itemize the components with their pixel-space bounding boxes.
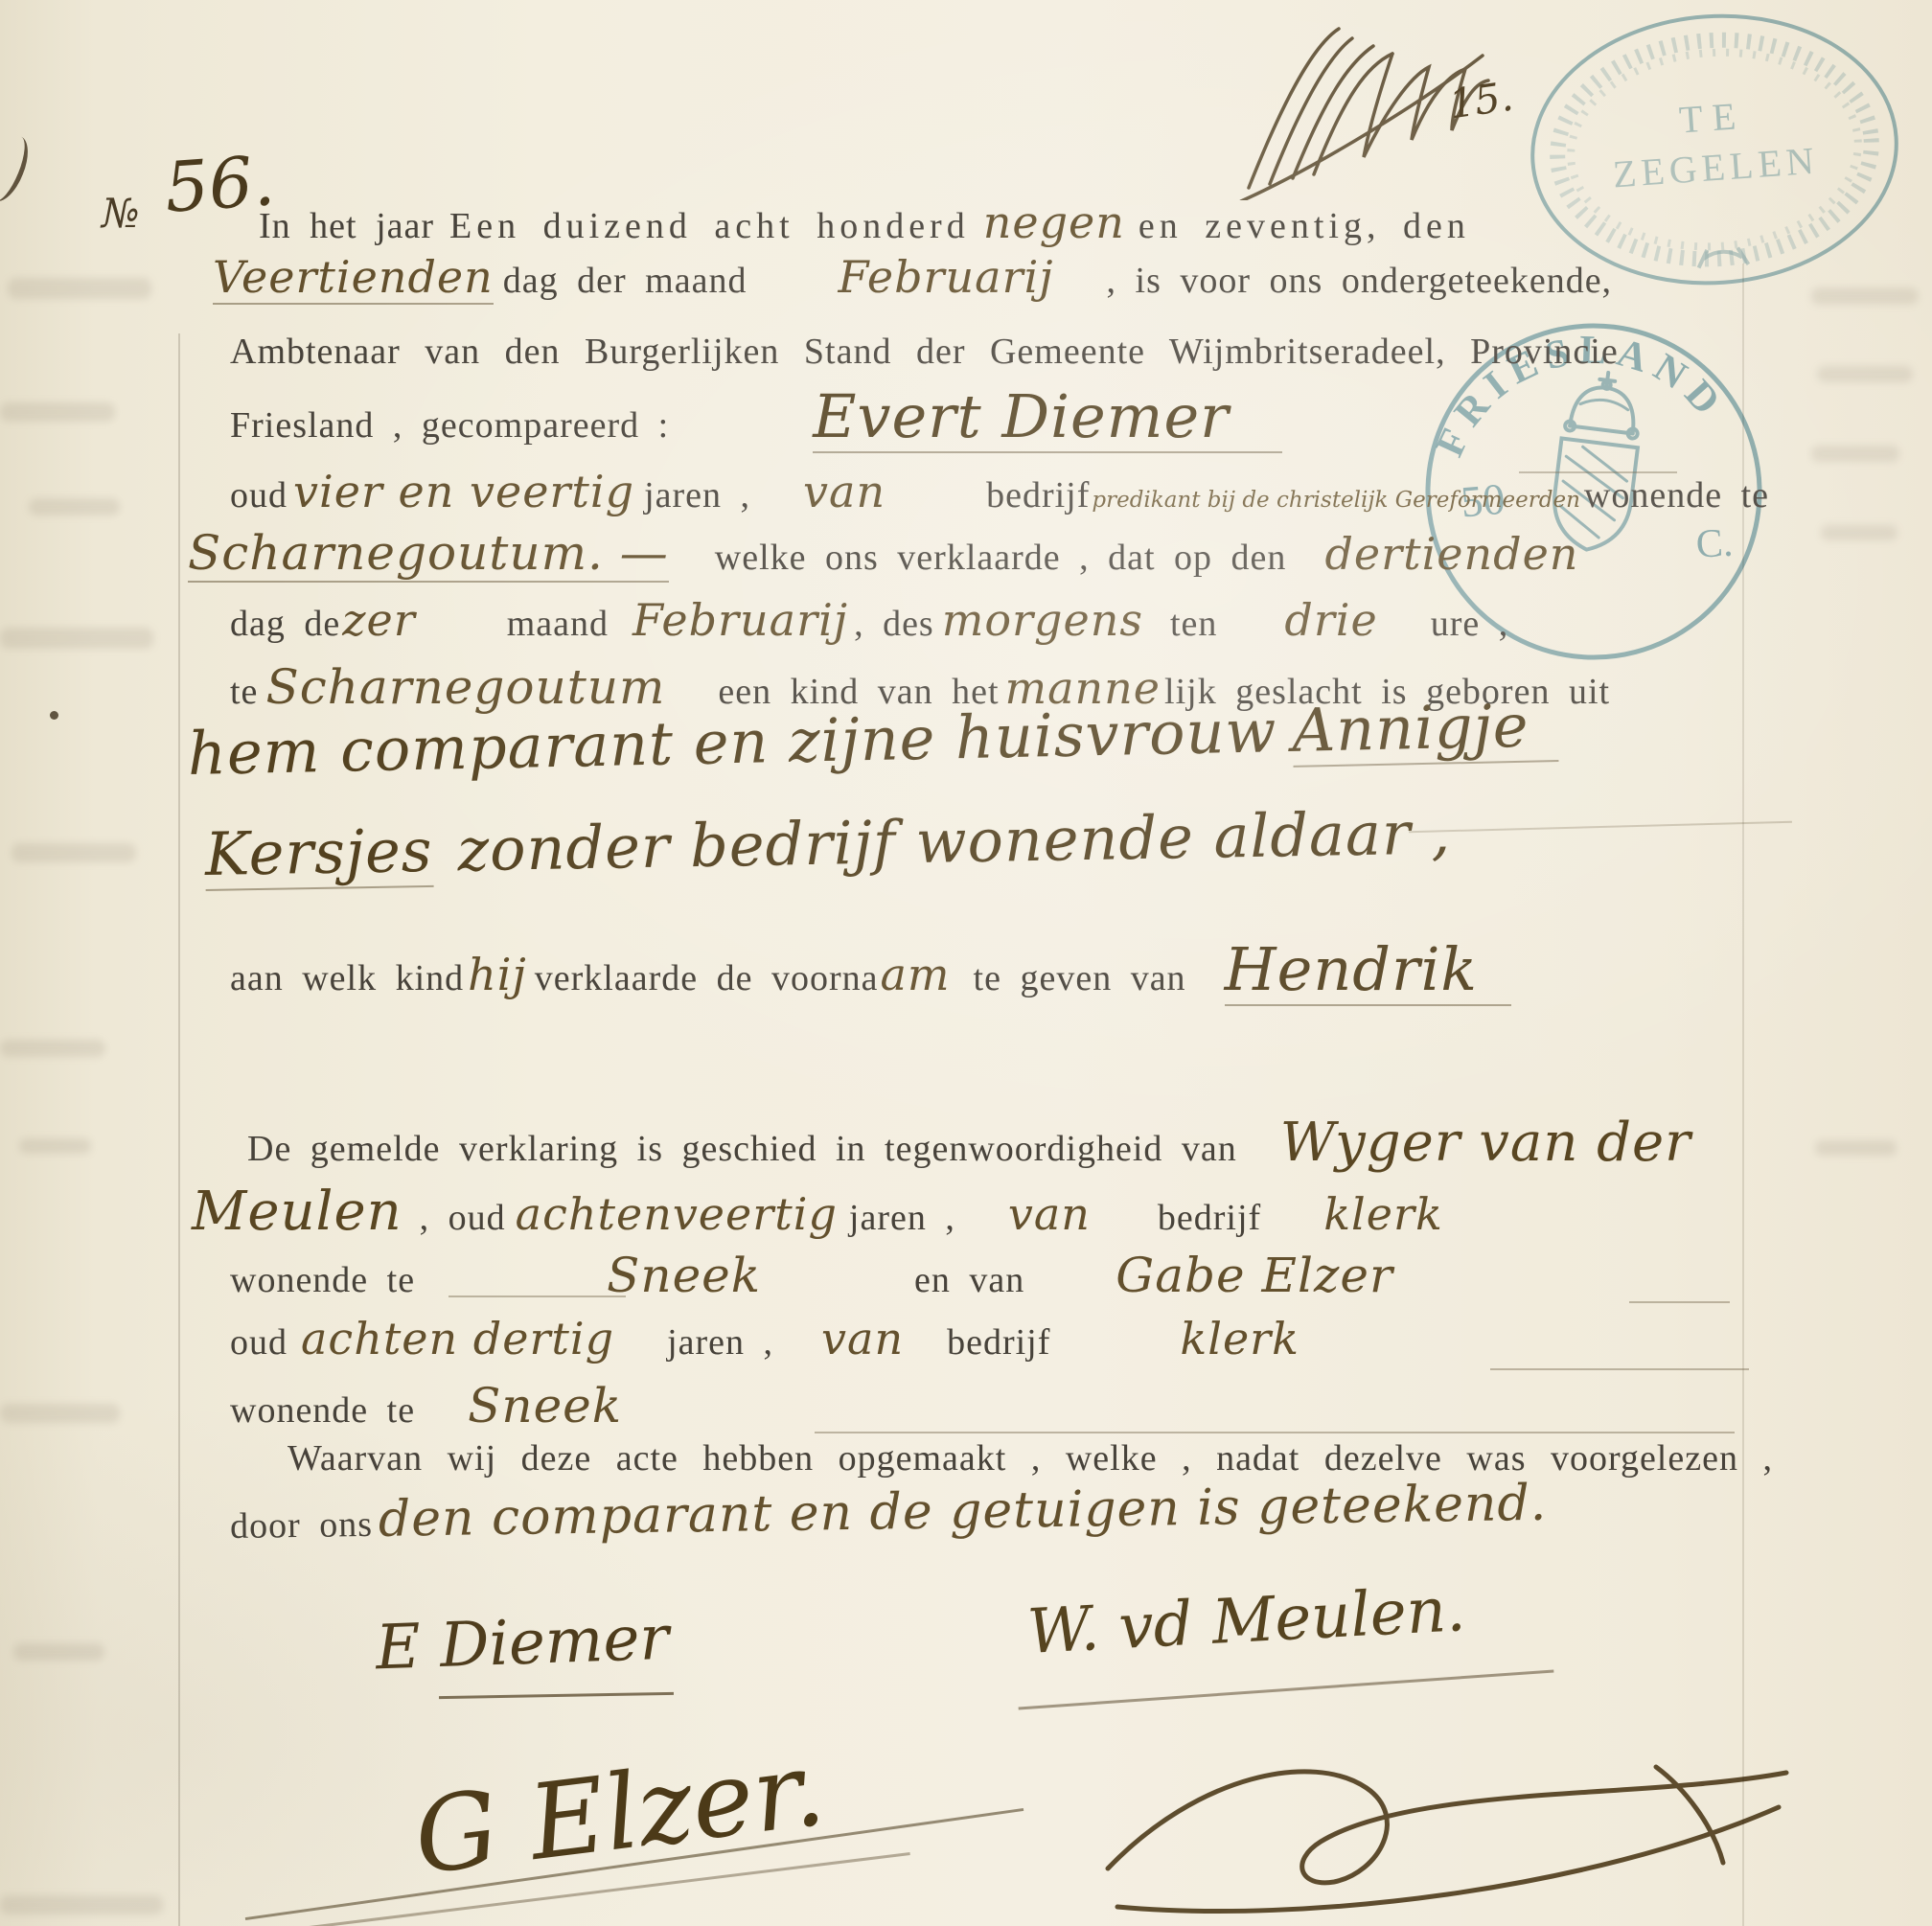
handwritten-text: hij [468, 949, 527, 1000]
bleedthrough-mark [11, 843, 136, 862]
printed-text: en van [914, 1259, 1024, 1301]
printed-text: jaren , [849, 1197, 955, 1239]
handwritten-text: van [803, 466, 885, 517]
act-line-closing-2: door ons den comparant en de getuigen is… [230, 1475, 1548, 1550]
registrar-signature-flourish [1092, 1746, 1802, 1923]
printed-text: bedrijf [1158, 1197, 1261, 1239]
printed-text: , des [854, 603, 934, 645]
printed-text: en zeventig, den [1138, 205, 1470, 247]
printed-text: door ons [230, 1503, 374, 1548]
handwritten-birth-day: dertienden [1324, 528, 1578, 580]
handwritten-month: Februarij [632, 594, 848, 646]
printed-text: De gemelde verklaring is geschied in teg… [247, 1128, 1237, 1170]
form-blank-line [1629, 1301, 1730, 1303]
printed-text: Een duizend acht honderd [449, 205, 970, 247]
cut-off-ink-mark [0, 130, 35, 206]
handwritten-child-name: Hendrik [1225, 934, 1511, 1006]
handwritten-closing: den comparant en de getuigen is geteeken… [379, 1475, 1548, 1548]
act-line-date: Veertienden dag der maand Februarij , is… [213, 251, 1612, 305]
form-blank-line [448, 1295, 626, 1297]
bleedthrough-mark [1811, 446, 1899, 462]
form-blank-line [1409, 821, 1792, 833]
handwritten-year-word: negen [983, 196, 1125, 248]
printed-text: , oud [420, 1197, 506, 1239]
handwritten-month: Februarij [838, 251, 1053, 303]
act-line-parents-2: Kersjes zonder bedrijf wonende aldaar , [204, 797, 1451, 891]
act-line-residence: Scharnegoutum. — welke ons verklaarde , … [188, 525, 1578, 583]
act-line-child-name: aan welk kind hij verklaarde de voorna a… [230, 934, 1511, 1006]
printed-text: te [230, 671, 258, 713]
printed-text: , is voor ons ondergeteekende, [1107, 260, 1613, 302]
act-line-birth-time: dag de zer maand Februarij , des morgens… [230, 594, 1508, 646]
bleedthrough-mark [0, 1404, 120, 1423]
bleedthrough-mark [0, 628, 153, 649]
oval-stamp-line2: ZEGELEN [1612, 139, 1821, 196]
bleedthrough-mark [0, 1040, 105, 1057]
printed-text: Ambtenaar van den Burgerlijken Stand der… [230, 331, 1619, 373]
bleedthrough-mark [1811, 287, 1919, 305]
printed-text: bedrijf [947, 1321, 1050, 1364]
printed-text: jaren , [644, 474, 750, 516]
act-line-witnesses-3: wonende te Sneek en van Gabe Elzer [230, 1248, 1393, 1303]
form-blank-line [1490, 1368, 1749, 1370]
printed-text: welke ons verklaarde , dat op den [715, 537, 1287, 579]
handwritten-text: van [1008, 1188, 1091, 1240]
printed-text: verklaarde de voorna [535, 957, 879, 999]
handwritten-witness2-occupation: klerk [1180, 1313, 1299, 1364]
handwritten-text: morgens [942, 594, 1143, 646]
handwritten-witness1-firstname: Wyger van der [1280, 1112, 1691, 1174]
bleedthrough-mark [0, 402, 115, 422]
handwritten-residence: Scharnegoutum. — [188, 525, 669, 583]
handwritten-witness1-occupation: klerk [1323, 1188, 1443, 1240]
bleedthrough-mark [8, 278, 151, 299]
act-line-witnesses-5: wonende te Sneek [230, 1378, 622, 1433]
printed-text: oud [230, 1321, 287, 1364]
margin-number: 15. [1446, 73, 1516, 128]
act-line-year: In het jaar Een duizend acht honderd neg… [259, 196, 1470, 248]
form-blank-line [815, 1432, 1735, 1433]
bleedthrough-mark [13, 1643, 104, 1661]
act-line-comparant: Friesland , gecompareerd : Evert Diemer [230, 381, 1282, 453]
handwritten-occupation: predikant bij de christelijk Gereformeer… [1092, 488, 1580, 513]
printed-text: aan welk kind [230, 957, 464, 999]
ink-dot [50, 711, 58, 720]
handwritten-text: am [880, 949, 950, 1000]
printed-text: In het jaar [259, 205, 434, 247]
handwritten-witness2-name: Gabe Elzer [1115, 1248, 1393, 1303]
bleedthrough-mark [0, 1895, 163, 1915]
handwritten-day: Veertienden [213, 251, 494, 305]
handwritten-mother-firstname: Annigje [1292, 690, 1559, 768]
bleedthrough-mark [19, 1138, 91, 1154]
handwritten-witness2-residence: Sneek [468, 1378, 622, 1433]
handwritten-text: van [821, 1313, 904, 1364]
printed-text: jaren , [667, 1321, 773, 1364]
bleedthrough-mark [1821, 525, 1897, 540]
act-line-witnesses-4: oud achten dertig jaren , van bedrijf kl… [230, 1313, 1299, 1364]
printed-text: ten [1170, 603, 1217, 645]
birth-certificate-page: № 56. 15. TE ZEGELEN FRIESLAND 50 C. [0, 0, 1932, 1926]
handwritten-witness1-age: achtenveertig [516, 1188, 838, 1240]
printed-text: wonende te [1584, 474, 1769, 516]
handwritten-hour: drie [1284, 594, 1377, 646]
printed-text: wonende te [230, 1389, 415, 1432]
printed-text: Waarvan wij deze acte hebben opgemaakt ,… [287, 1437, 1773, 1479]
oval-stamp-line1: TE [1678, 94, 1747, 142]
act-line-official: Ambtenaar van den Burgerlijken Stand der… [230, 331, 1619, 373]
act-number-label: № [102, 190, 140, 237]
signature-witness1: W. vd Meulen. [1025, 1574, 1467, 1668]
left-margin-rule [178, 333, 180, 1926]
printed-text: te geven van [974, 957, 1186, 999]
printed-text: wonende te [230, 1259, 415, 1301]
handwritten-birth-place: Scharnegoutum [265, 659, 665, 715]
printed-text: Friesland , gecompareerd : [230, 404, 669, 447]
signature-underline [1019, 1669, 1554, 1709]
bleedthrough-mark [1817, 366, 1913, 382]
handwritten-witness1-surname: Meulen [192, 1181, 402, 1243]
bleedthrough-mark [1815, 1140, 1897, 1156]
round-stamp-suffix: C. [1695, 521, 1735, 567]
printed-text: oud [230, 474, 287, 516]
printed-text: bedrijf [986, 474, 1090, 516]
handwritten-witness2-age: achten dertig [301, 1313, 614, 1364]
handwritten-mother-surname: Kersjes [204, 815, 433, 891]
handwritten-text: zer [342, 594, 415, 646]
act-line-witnesses-1: De gemelde verklaring is geschied in teg… [247, 1112, 1691, 1174]
printed-text: dag de [230, 603, 340, 645]
printed-text: dag der maand [503, 260, 747, 302]
handwritten-mother-details: zonder bedrijf wonende aldaar , [457, 797, 1452, 884]
handwritten-age: vier en veertig [293, 466, 634, 517]
act-line-closing-1: Waarvan wij deze acte hebben opgemaakt ,… [287, 1437, 1773, 1479]
handwritten-comparant-name: Evert Diemer [813, 381, 1282, 453]
bleedthrough-mark [29, 498, 120, 516]
printed-text: maand [507, 603, 609, 645]
signature-comparant: E Diemer [375, 1603, 670, 1685]
signature-underline [439, 1692, 674, 1699]
act-line-witnesses-2: Meulen , oud achtenveertig jaren , van b… [192, 1181, 1443, 1243]
act-line-age-occupation: oud vier en veertig jaren , van bedrijf … [230, 466, 1769, 517]
printed-text: ure , [1431, 603, 1509, 645]
handwritten-witness1-residence: Sneek [607, 1248, 761, 1303]
